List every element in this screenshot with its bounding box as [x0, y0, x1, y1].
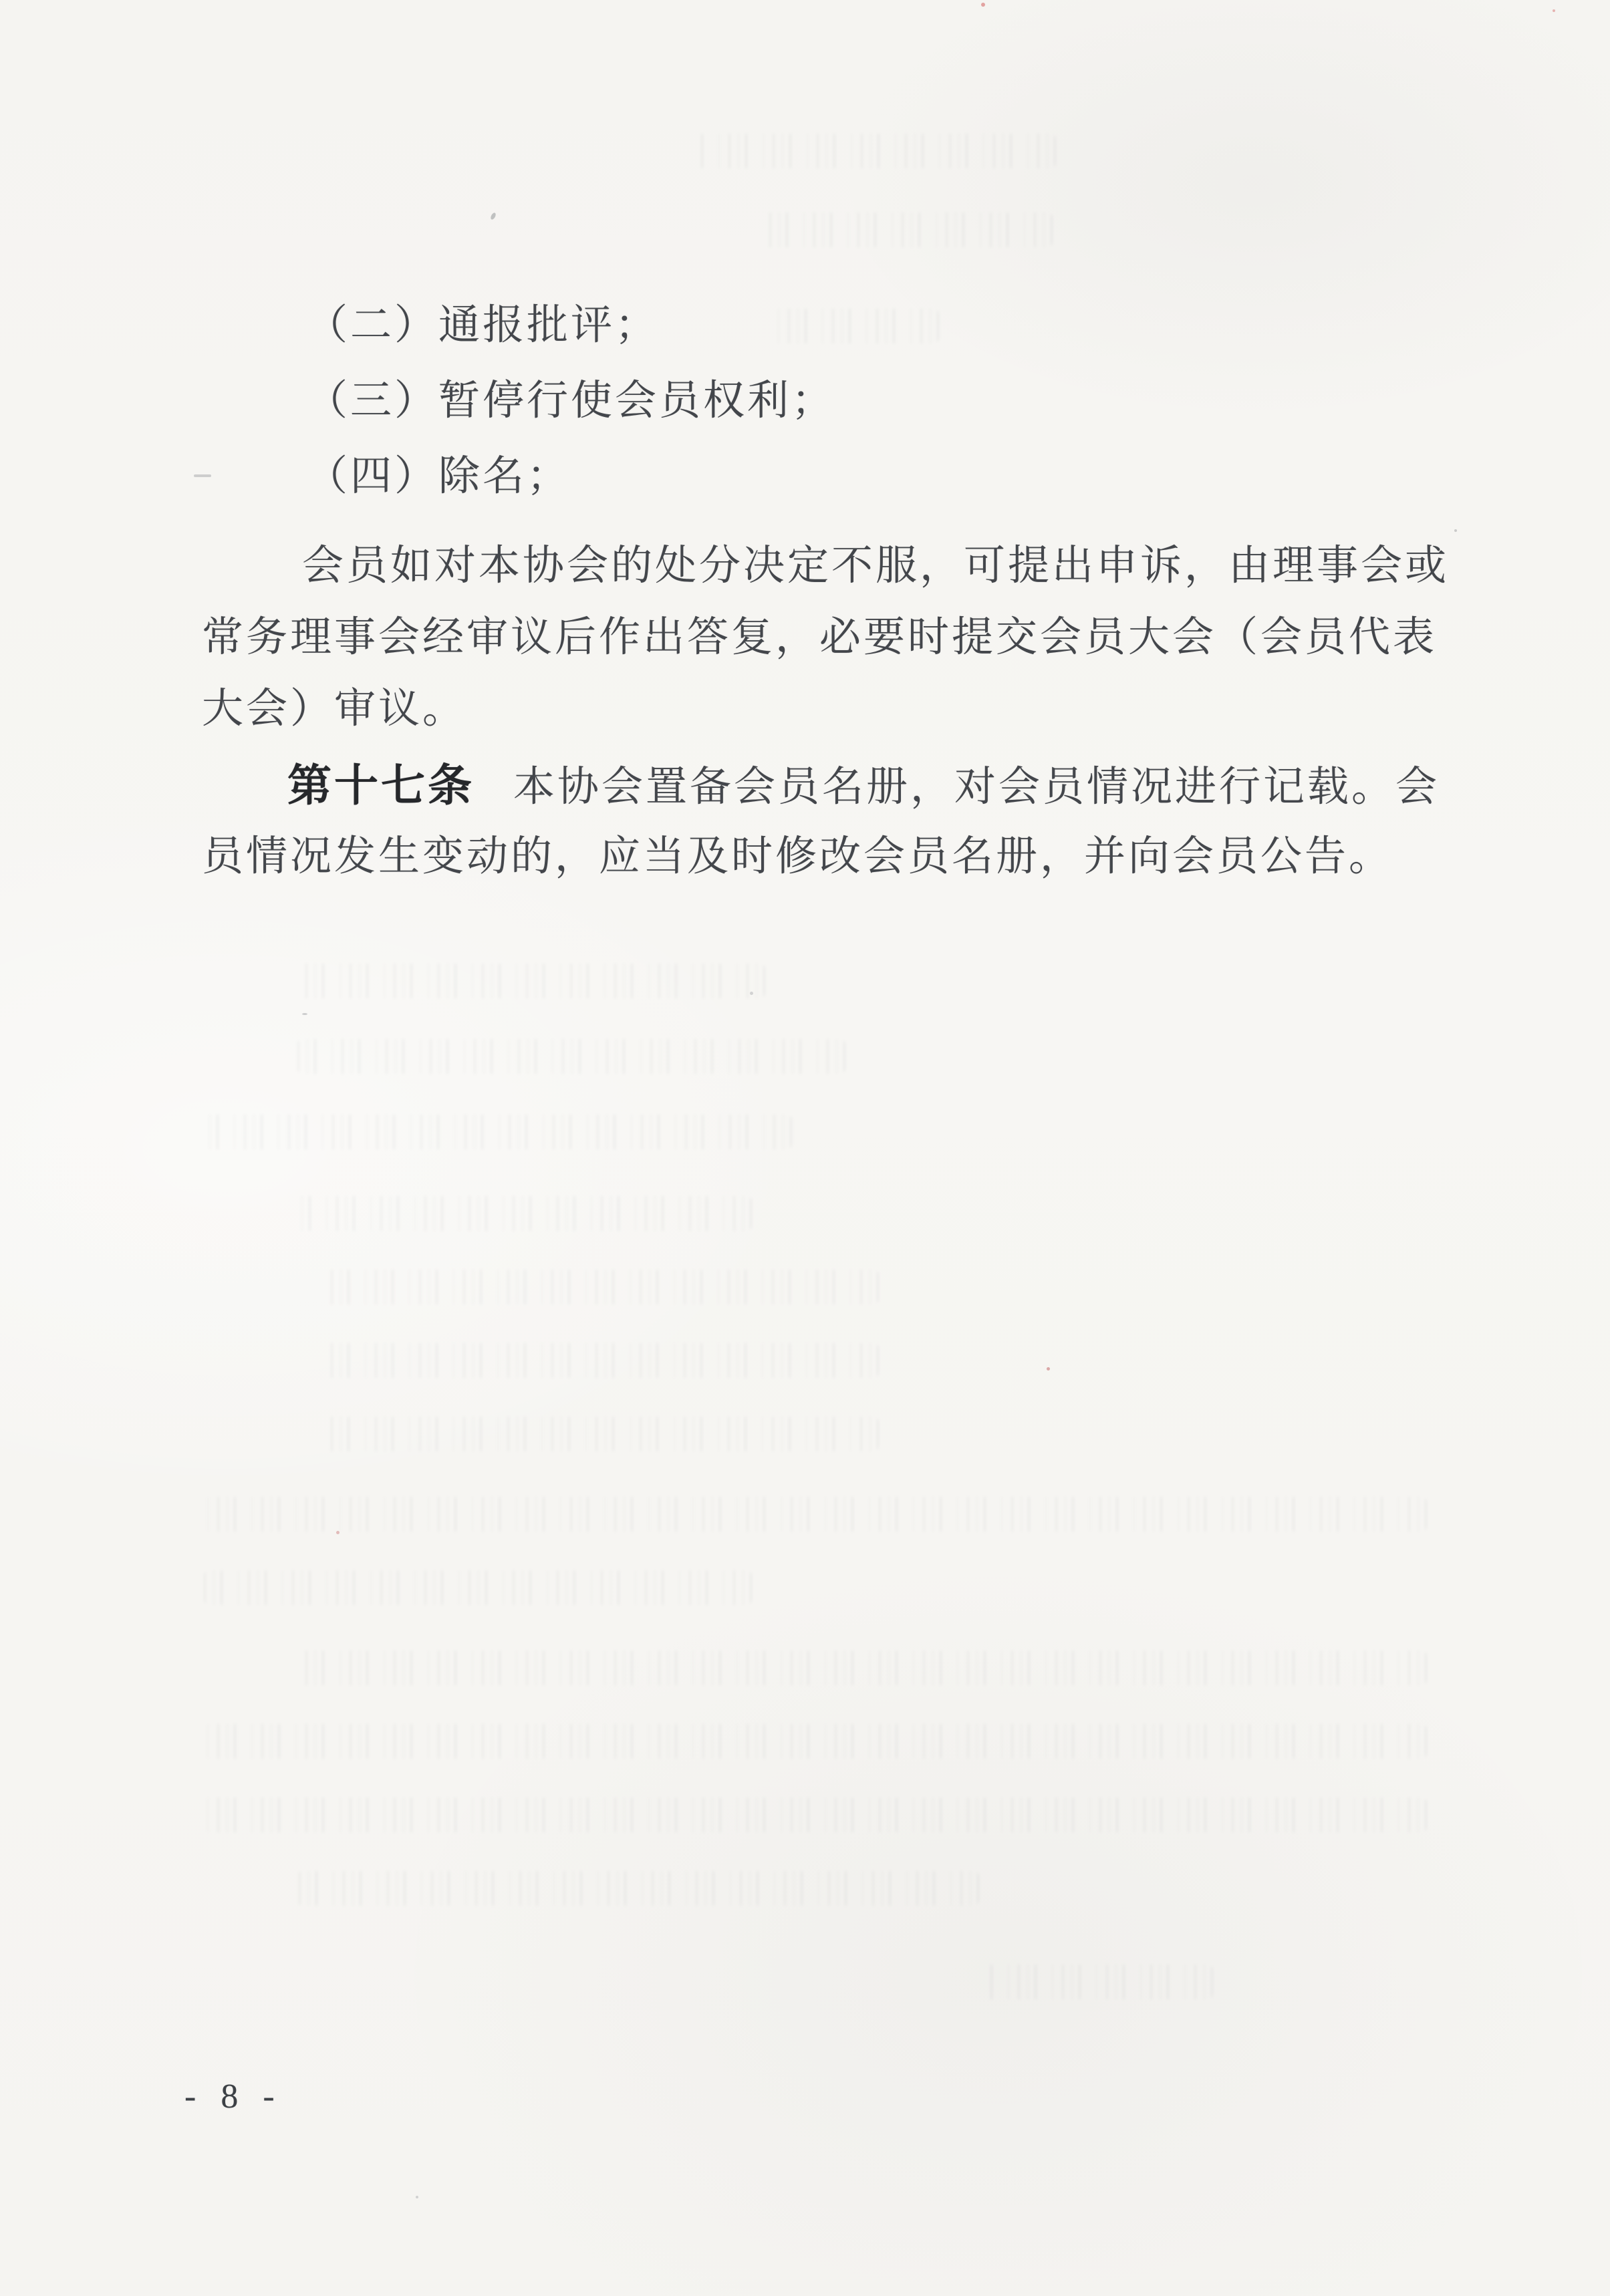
scan-speck: [336, 1531, 340, 1534]
bleed-through-line: [297, 1039, 845, 1074]
bleed-through-line: [204, 1497, 1427, 1532]
bleed-through-line: [297, 1871, 979, 1906]
bleed-through-line: [204, 1798, 1427, 1832]
article17-text-start: 本协会置备会员名册，对会员情况进行记载。会: [513, 764, 1440, 810]
scan-speck: [302, 1013, 307, 1015]
body-line-list-3: （三）暂停行使会员权利；: [306, 378, 835, 425]
body-line-appeal-3: 大会）审议。: [202, 686, 466, 733]
scan-speck: [750, 992, 753, 995]
bleed-through-line: [324, 1417, 879, 1451]
scanned-page: （二）通报批评； （三）暂停行使会员权利； （四）除名； 会员如对本协会的处分决…: [0, 0, 1610, 2296]
bleed-through-line: [297, 1196, 752, 1231]
scan-speck: [1553, 9, 1555, 12]
body-line-appeal-2: 常务理事会经审议后作出答复，必要时提交会员大会（会员代表: [202, 614, 1437, 662]
bleed-through-line: [324, 1270, 879, 1304]
bleed-through-line: [986, 1965, 1213, 1999]
body-line-article17-1: 第十七条本协会置备会员名册，对会员情况进行记载。会: [287, 760, 1440, 811]
bleed-through-line: [204, 1115, 792, 1149]
scan-speck: [490, 212, 497, 221]
scan-speck: [981, 3, 985, 7]
bleed-through-line: [324, 1343, 879, 1378]
scan-speck: [194, 474, 211, 477]
bleed-through-line: [204, 1724, 1427, 1759]
bleed-through-line: [772, 309, 939, 343]
bleed-through-line: [297, 1651, 1427, 1685]
bleed-through-line: [204, 1570, 752, 1605]
body-line-article17-2: 员情况发生变动的，应当及时修改会员名册，并向会员公告。: [202, 833, 1393, 881]
bleed-through-line: [297, 964, 765, 998]
bleed-through-line: [765, 212, 1053, 247]
bleed-through-line: [695, 134, 1056, 168]
scan-speck: [1454, 529, 1457, 532]
scan-speck: [416, 2196, 418, 2198]
body-line-list-4: （四）除名；: [306, 453, 571, 500]
scan-speck: [1047, 1367, 1050, 1371]
body-line-appeal-1: 会员如对本协会的处分决定不服，可提出申诉，由理事会或: [302, 543, 1449, 590]
page-number: - 8 -: [184, 2077, 283, 2116]
body-line-list-2: （二）通报批评；: [306, 302, 659, 349]
article-number: 第十七条: [287, 760, 475, 810]
